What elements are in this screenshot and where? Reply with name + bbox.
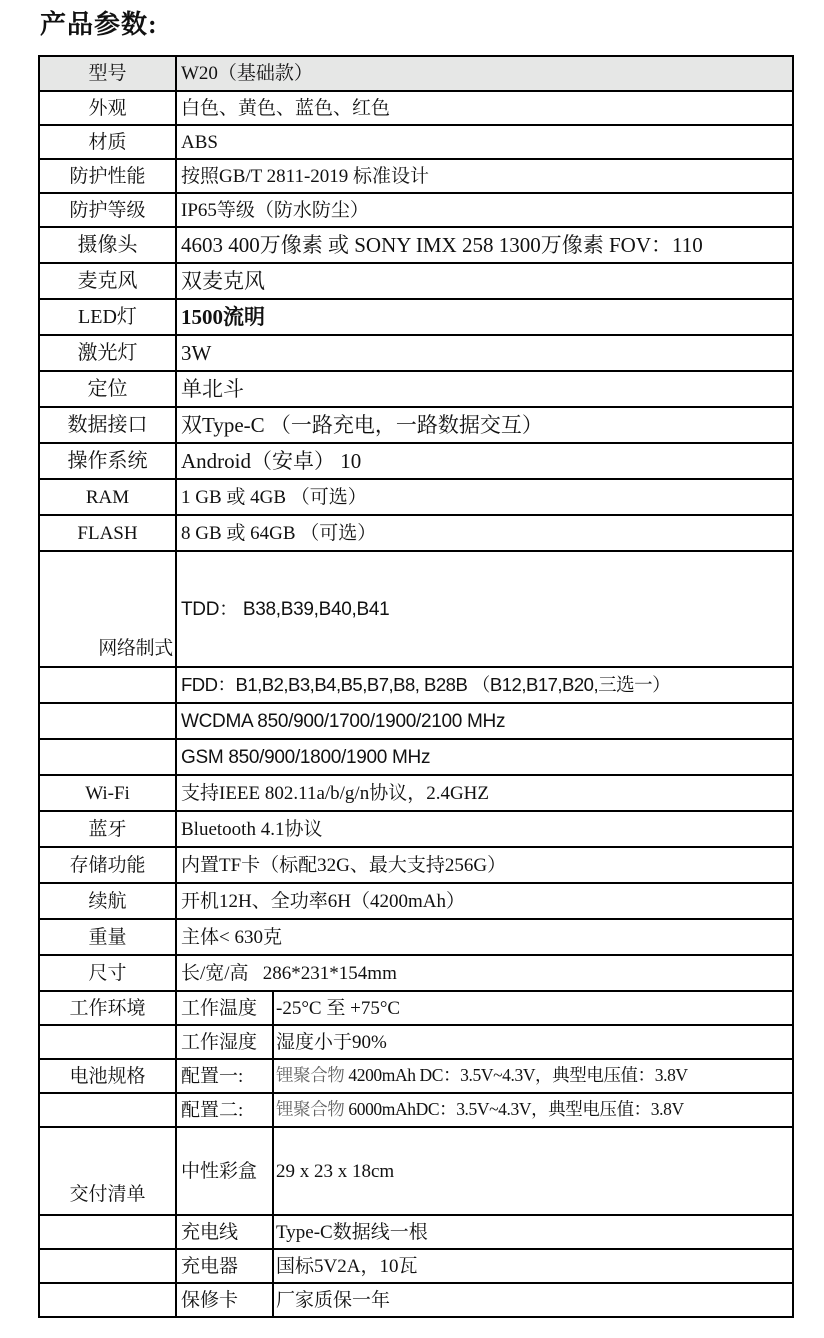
table-row: 激光灯 3W xyxy=(39,335,793,371)
spec-value: W20（基础款） xyxy=(176,56,793,91)
table-row: 蓝牙 Bluetooth 4.1协议 xyxy=(39,811,793,847)
table-row: 操作系统 Android（安卓） 10 xyxy=(39,443,793,479)
empty-cell xyxy=(39,1249,176,1283)
spec-value: 支持IEEE 802.11a/b/g/n协议，2.4GHZ xyxy=(176,775,793,811)
table-row: FDD：B1,B2,B3,B4,B5,B7,B8, B28B （B12,B17,… xyxy=(39,667,793,703)
table-row: 网络制式 TDD： B38,B39,B40,B41 xyxy=(39,551,793,667)
spec-value: 单北斗 xyxy=(176,371,793,407)
spec-label: 操作系统 xyxy=(39,443,176,479)
spec-value: 4603 400万像素 或 SONY IMX 258 1300万像素 FOV：1… xyxy=(176,227,793,263)
table-row: 工作湿度 湿度小于90% xyxy=(39,1025,793,1059)
empty-cell xyxy=(39,1215,176,1249)
spec-value: 长/宽/高 286*231*154mm xyxy=(176,955,793,991)
sub-label: 配置二: xyxy=(176,1093,273,1127)
table-row: 充电线 Type-C数据线一根 xyxy=(39,1215,793,1249)
spec-value: FDD：B1,B2,B3,B4,B5,B7,B8, B28B （B12,B17,… xyxy=(176,667,793,703)
sub-label: 工作温度 xyxy=(176,991,273,1025)
sub-label: 中性彩盒 xyxy=(176,1127,273,1215)
table-row: 充电器 国标5V2A，10瓦 xyxy=(39,1249,793,1283)
spec-label: 摄像头 xyxy=(39,227,176,263)
sub-label: 充电器 xyxy=(176,1249,273,1283)
spec-value: Type-C数据线一根 xyxy=(273,1215,793,1249)
spec-value: 开机12H、全功率6H（4200mAh） xyxy=(176,883,793,919)
spec-label: 蓝牙 xyxy=(39,811,176,847)
table-row: 外观 白色、黄色、蓝色、红色 xyxy=(39,91,793,125)
table-row: 交付清单 中性彩盒 29 x 23 x 18cm xyxy=(39,1127,793,1215)
spec-value: 双Type-C （一路充电，一路数据交互） xyxy=(176,407,793,443)
table-row: FLASH 8 GB 或 64GB （可选） xyxy=(39,515,793,551)
spec-label: 防护性能 xyxy=(39,159,176,193)
spec-value: 3W xyxy=(176,335,793,371)
spec-label: 型号 xyxy=(39,56,176,91)
table-row: 材质 ABS xyxy=(39,125,793,159)
sub-label: 配置一: xyxy=(176,1059,273,1093)
spec-value: 白色、黄色、蓝色、红色 xyxy=(176,91,793,125)
battery-type: 锂聚合物 xyxy=(276,1065,344,1085)
spec-label: 电池规格 xyxy=(39,1059,176,1093)
table-row: 麦克风 双麦克风 xyxy=(39,263,793,299)
table-row: 配置二: 锂聚合物 6000mAhDC：3.5V~4.3V，典型电压值：3.8V xyxy=(39,1093,793,1127)
table-row: GSM 850/900/1800/1900 MHz xyxy=(39,739,793,775)
table-row: 防护性能 按照GB/T 2811-2019 标准设计 xyxy=(39,159,793,193)
spec-value: -25°C 至 +75°C xyxy=(273,991,793,1025)
spec-label: 续航 xyxy=(39,883,176,919)
empty-cell xyxy=(39,1093,176,1127)
battery-type: 锂聚合物 xyxy=(276,1099,344,1119)
spec-label: Wi-Fi xyxy=(39,775,176,811)
spec-value: 按照GB/T 2811-2019 标准设计 xyxy=(176,159,793,193)
sub-label: 保修卡 xyxy=(176,1283,273,1317)
spec-value: 主体< 630克 xyxy=(176,919,793,955)
table-row: 尺寸 长/宽/高 286*231*154mm xyxy=(39,955,793,991)
spec-label: 网络制式 xyxy=(39,551,176,667)
spec-value: IP65等级（防水防尘） xyxy=(176,193,793,227)
spec-value: 国标5V2A，10瓦 xyxy=(273,1249,793,1283)
spec-label: 外观 xyxy=(39,91,176,125)
table-row: 存储功能 内置TF卡（标配32G、最大支持256G） xyxy=(39,847,793,883)
spec-value: WCDMA 850/900/1700/1900/2100 MHz xyxy=(176,703,793,739)
table-row: 型号 W20（基础款） xyxy=(39,56,793,91)
empty-cell xyxy=(39,739,176,775)
spec-label: 工作环境 xyxy=(39,991,176,1025)
spec-value: 双麦克风 xyxy=(176,263,793,299)
spec-value: 29 x 23 x 18cm xyxy=(273,1127,793,1215)
spec-value: Bluetooth 4.1协议 xyxy=(176,811,793,847)
spec-label: 防护等级 xyxy=(39,193,176,227)
spec-label: 数据接口 xyxy=(39,407,176,443)
spec-label: 麦克风 xyxy=(39,263,176,299)
table-row: 电池规格 配置一: 锂聚合物 4200mAh DC：3.5V~4.3V，典型电压… xyxy=(39,1059,793,1093)
table-row: 保修卡 厂家质保一年 xyxy=(39,1283,793,1317)
spec-value: 湿度小于90% xyxy=(273,1025,793,1059)
spec-value: Android（安卓） 10 xyxy=(176,443,793,479)
spec-value: 锂聚合物 6000mAhDC：3.5V~4.3V，典型电压值：3.8V xyxy=(273,1093,793,1127)
battery-spec: 6000mAhDC：3.5V~4.3V，典型电压值：3.8V xyxy=(344,1099,683,1119)
table-row: Wi-Fi 支持IEEE 802.11a/b/g/n协议，2.4GHZ xyxy=(39,775,793,811)
table-row: 摄像头 4603 400万像素 或 SONY IMX 258 1300万像素 F… xyxy=(39,227,793,263)
spec-value: ABS xyxy=(176,125,793,159)
spec-label: 重量 xyxy=(39,919,176,955)
spec-label: 激光灯 xyxy=(39,335,176,371)
spec-value: 8 GB 或 64GB （可选） xyxy=(176,515,793,551)
spec-label: 存储功能 xyxy=(39,847,176,883)
table-row: 重量 主体< 630克 xyxy=(39,919,793,955)
spec-label: 材质 xyxy=(39,125,176,159)
table-row: 防护等级 IP65等级（防水防尘） xyxy=(39,193,793,227)
spec-value: 1 GB 或 4GB （可选） xyxy=(176,479,793,515)
table-row: WCDMA 850/900/1700/1900/2100 MHz xyxy=(39,703,793,739)
table-row: LED灯 1500流明 xyxy=(39,299,793,335)
spec-label: FLASH xyxy=(39,515,176,551)
spec-value: GSM 850/900/1800/1900 MHz xyxy=(176,739,793,775)
table-row: RAM 1 GB 或 4GB （可选） xyxy=(39,479,793,515)
empty-cell xyxy=(39,703,176,739)
table-row: 工作环境 工作温度 -25°C 至 +75°C xyxy=(39,991,793,1025)
sub-label: 工作湿度 xyxy=(176,1025,273,1059)
empty-cell xyxy=(39,667,176,703)
battery-spec: 4200mAh DC：3.5V~4.3V，典型电压值：3.8V xyxy=(344,1065,687,1085)
table-row: 数据接口 双Type-C （一路充电，一路数据交互） xyxy=(39,407,793,443)
empty-cell xyxy=(39,1025,176,1059)
spec-value: 锂聚合物 4200mAh DC：3.5V~4.3V，典型电压值：3.8V xyxy=(273,1059,793,1093)
table-row: 续航 开机12H、全功率6H（4200mAh） xyxy=(39,883,793,919)
page-title: 产品参数: xyxy=(40,4,158,41)
spec-value: 厂家质保一年 xyxy=(273,1283,793,1317)
empty-cell xyxy=(39,1283,176,1317)
spec-label: 尺寸 xyxy=(39,955,176,991)
spec-value: 内置TF卡（标配32G、最大支持256G） xyxy=(176,847,793,883)
spec-label: LED灯 xyxy=(39,299,176,335)
spec-label: RAM xyxy=(39,479,176,515)
spec-label: 交付清单 xyxy=(39,1127,176,1215)
spec-label: 定位 xyxy=(39,371,176,407)
table-row: 定位 单北斗 xyxy=(39,371,793,407)
spec-table: 型号 W20（基础款） 外观 白色、黄色、蓝色、红色 材质 ABS 防护性能 按… xyxy=(38,55,794,1318)
sub-label: 充电线 xyxy=(176,1215,273,1249)
spec-value: TDD： B38,B39,B40,B41 xyxy=(176,551,793,667)
spec-value: 1500流明 xyxy=(176,299,793,335)
